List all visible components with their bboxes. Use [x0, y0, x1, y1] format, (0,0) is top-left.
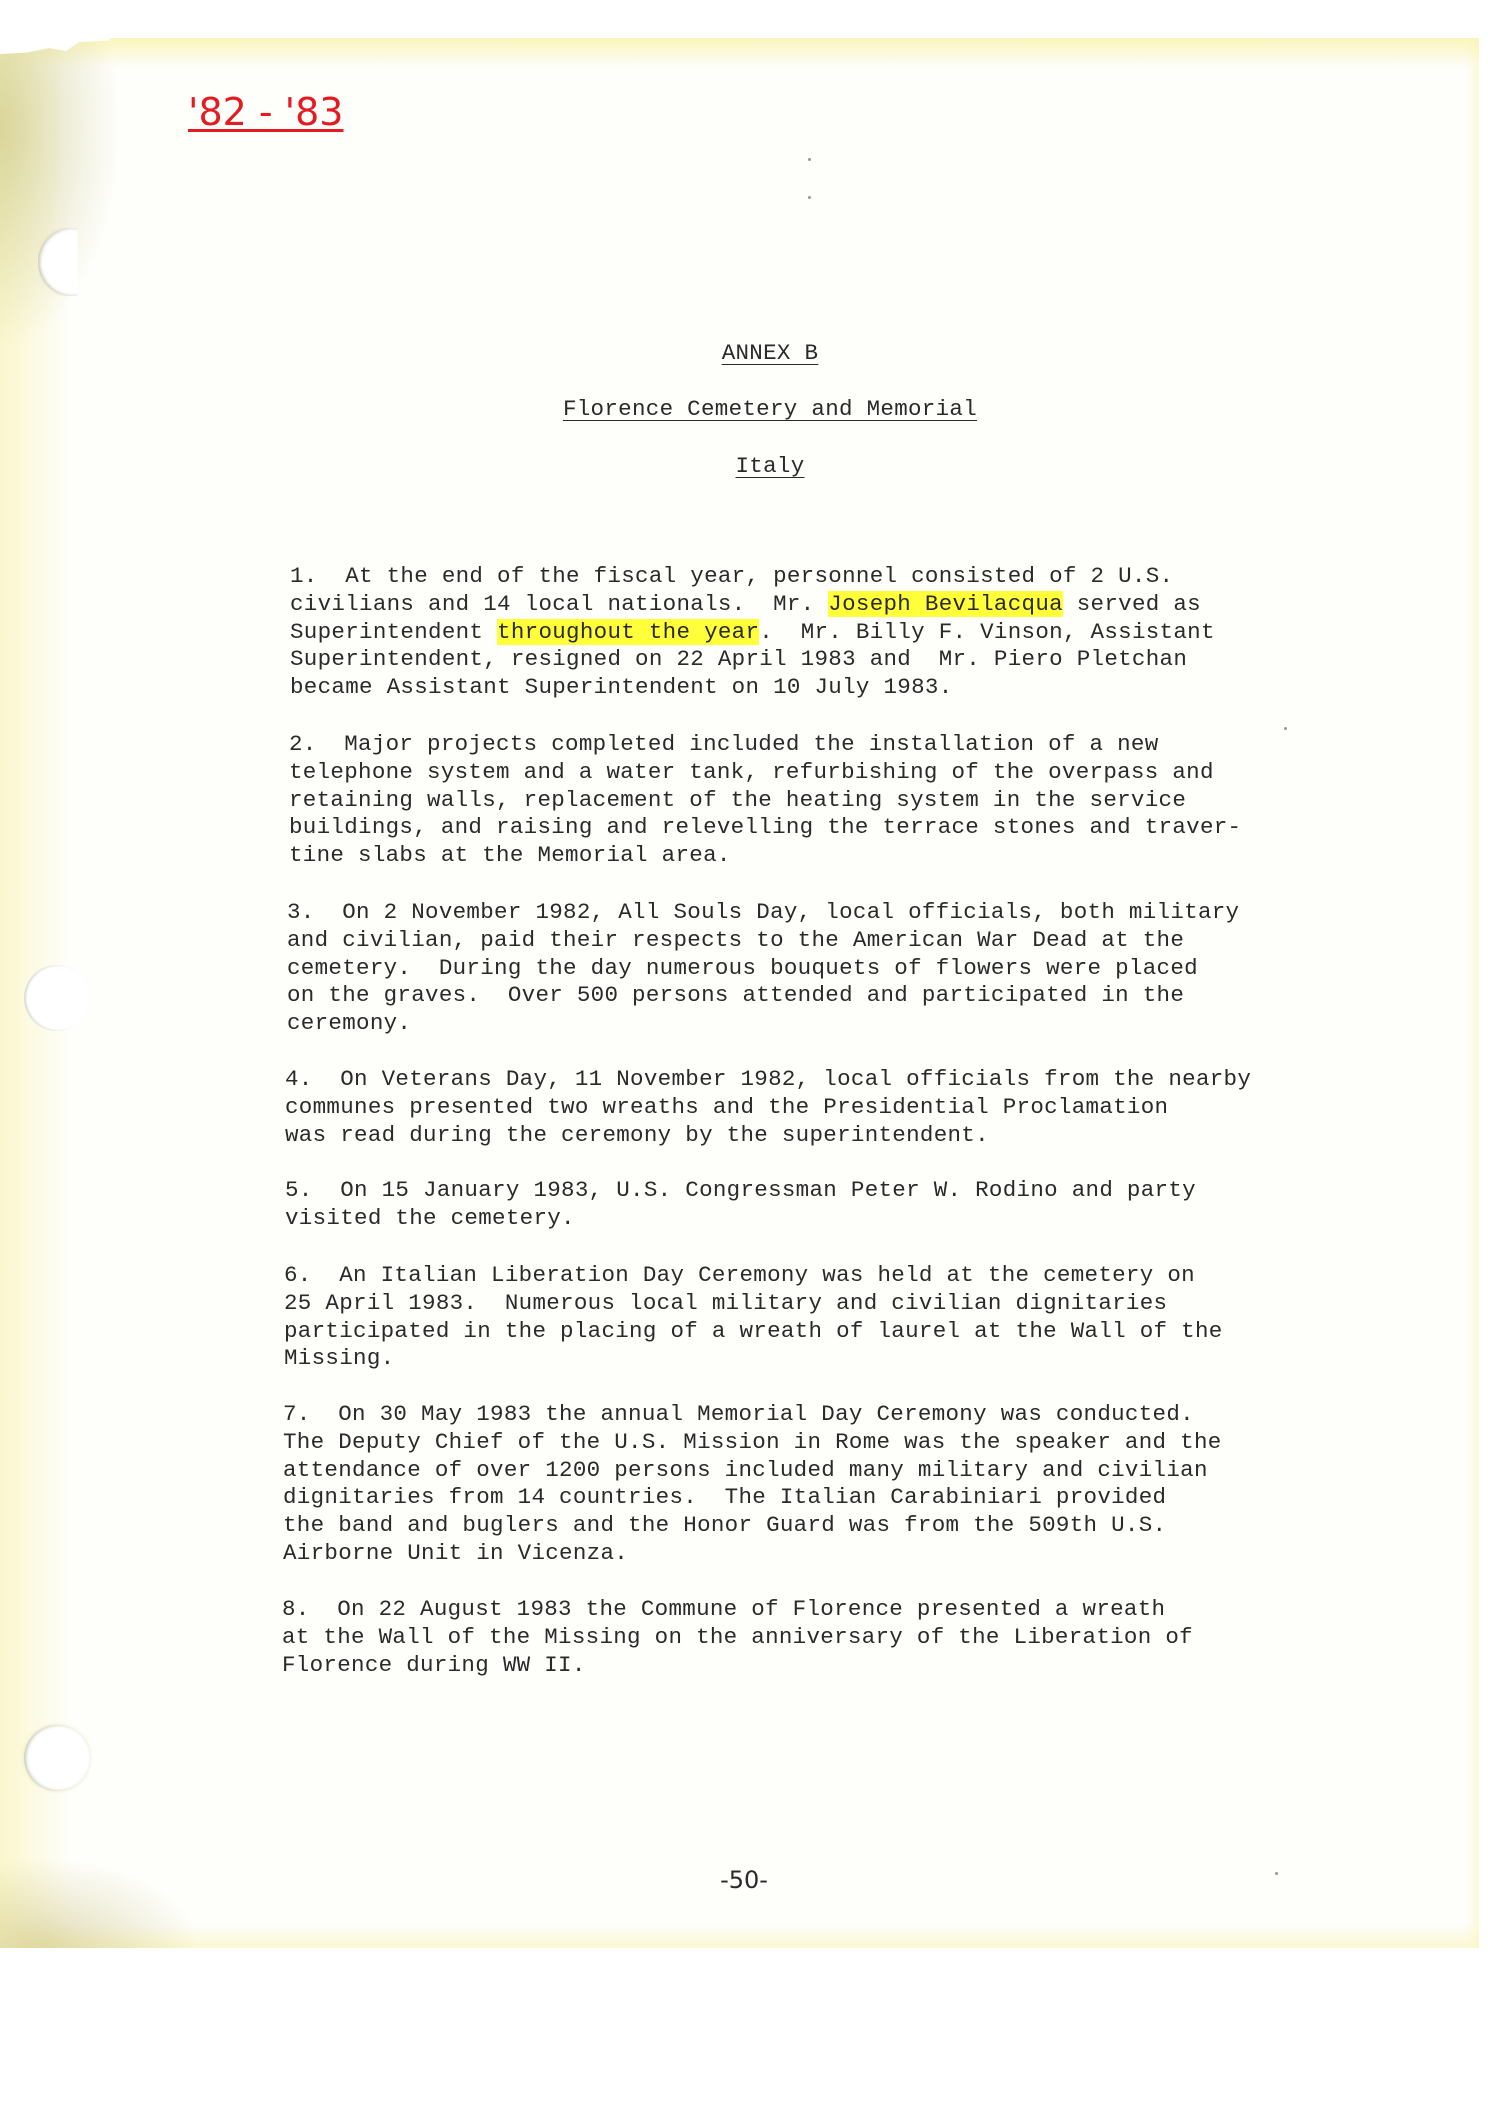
text-segment: ceremony.: [287, 1010, 411, 1036]
text-line: 4. On Veterans Day, 11 November 1982, lo…: [285, 1066, 1251, 1094]
scan-speck: [808, 196, 811, 199]
text-line: was read during the ceremony by the supe…: [285, 1122, 1251, 1150]
text-line: 6. An Italian Liberation Day Ceremony wa…: [284, 1262, 1223, 1290]
text-segment: became Assistant Superintendent on 10 Ju…: [290, 674, 953, 700]
text-segment: Airborne Unit in Vicenza.: [283, 1540, 628, 1566]
year-range-annotation: '82 - '83: [188, 92, 343, 132]
text-line: telephone system and a water tank, refur…: [289, 759, 1241, 787]
text-line: buildings, and raising and relevelling t…: [289, 814, 1241, 842]
text-segment: dignitaries from 14 countries. The Itali…: [283, 1484, 1166, 1510]
text-line: at the Wall of the Missing on the annive…: [282, 1624, 1193, 1652]
text-line: on the graves. Over 500 persons attended…: [287, 982, 1239, 1010]
text-segment: retaining walls, replacement of the heat…: [289, 787, 1186, 813]
text-segment: 2. Major projects completed included the…: [289, 731, 1159, 757]
text-segment: cemetery. During the day numerous bouque…: [287, 955, 1198, 981]
binder-hole-icon: [24, 965, 90, 1031]
text-line: became Assistant Superintendent on 10 Ju…: [290, 674, 1215, 702]
text-line: Superintendent, resigned on 22 April 198…: [290, 646, 1215, 674]
text-segment: participated in the placing of a wreath …: [284, 1318, 1223, 1344]
text-segment: 6. An Italian Liberation Day Ceremony wa…: [284, 1262, 1195, 1288]
paragraph-7: 7. On 30 May 1983 the annual Memorial Da…: [283, 1401, 1222, 1568]
text-line: attendance of over 1200 persons included…: [283, 1457, 1222, 1485]
text-segment: tine slabs at the Memorial area.: [289, 842, 731, 868]
text-segment: Missing.: [284, 1345, 394, 1371]
highlighted-text: throughout the year: [497, 619, 759, 645]
text-segment: and civilian, paid their respects to the…: [287, 927, 1184, 953]
text-line: dignitaries from 14 countries. The Itali…: [283, 1484, 1222, 1512]
text-line: participated in the placing of a wreath …: [284, 1318, 1223, 1346]
paragraph-5: 5. On 15 January 1983, U.S. Congressman …: [285, 1177, 1196, 1233]
text-segment: served as: [1063, 591, 1201, 617]
text-line: visited the cemetery.: [285, 1205, 1196, 1233]
country-heading: Italy: [0, 453, 1488, 479]
paragraph-3: 3. On 2 November 1982, All Souls Day, lo…: [287, 899, 1239, 1038]
text-line: 1. At the end of the fiscal year, person…: [290, 563, 1215, 591]
text-segment: . Mr. Billy F. Vinson, Assistant: [759, 619, 1214, 645]
text-segment: was read during the ceremony by the supe…: [285, 1122, 989, 1148]
text-segment: 8. On 22 August 1983 the Commune of Flor…: [282, 1596, 1165, 1622]
scan-speck: [808, 158, 811, 161]
text-segment: communes presented two wreaths and the P…: [285, 1094, 1168, 1120]
text-segment: 25 April 1983. Numerous local military a…: [284, 1290, 1167, 1316]
text-segment: 5. On 15 January 1983, U.S. Congressman …: [285, 1177, 1196, 1203]
text-segment: 3. On 2 November 1982, All Souls Day, lo…: [287, 899, 1239, 925]
text-segment: attendance of over 1200 persons included…: [283, 1457, 1208, 1483]
text-segment: the band and buglers and the Honor Guard…: [283, 1512, 1166, 1538]
binder-hole-icon: [24, 1725, 90, 1791]
text-segment: 7. On 30 May 1983 the annual Memorial Da…: [283, 1401, 1194, 1427]
text-segment: 1. At the end of the fiscal year, person…: [290, 563, 1173, 589]
text-line: 5. On 15 January 1983, U.S. Congressman …: [285, 1177, 1196, 1205]
text-line: 2. Major projects completed included the…: [289, 731, 1241, 759]
text-line: and civilian, paid their respects to the…: [287, 927, 1239, 955]
text-segment: Superintendent, resigned on 22 April 198…: [290, 646, 1187, 672]
paragraph-1: 1. At the end of the fiscal year, person…: [290, 563, 1215, 702]
text-line: The Deputy Chief of the U.S. Mission in …: [283, 1429, 1222, 1457]
document-title: Florence Cemetery and Memorial: [0, 396, 1488, 422]
text-line: Superintendent throughout the year. Mr. …: [290, 619, 1215, 647]
text-segment: on the graves. Over 500 persons attended…: [287, 982, 1184, 1008]
highlighted-text: Joseph Bevilacqua: [828, 591, 1063, 617]
text-segment: visited the cemetery.: [285, 1205, 575, 1231]
text-line: 8. On 22 August 1983 the Commune of Flor…: [282, 1596, 1193, 1624]
text-line: Florence during WW II.: [282, 1652, 1193, 1680]
text-segment: The Deputy Chief of the U.S. Mission in …: [283, 1429, 1222, 1455]
text-line: communes presented two wreaths and the P…: [285, 1094, 1251, 1122]
page-number: -50-: [0, 1866, 1488, 1894]
text-segment: telephone system and a water tank, refur…: [289, 759, 1214, 785]
paragraph-4: 4. On Veterans Day, 11 November 1982, lo…: [285, 1066, 1251, 1149]
text-line: Missing.: [284, 1345, 1223, 1373]
paragraph-2: 2. Major projects completed included the…: [289, 731, 1241, 870]
text-line: cemetery. During the day numerous bouque…: [287, 955, 1239, 983]
text-line: 25 April 1983. Numerous local military a…: [284, 1290, 1223, 1318]
text-line: Airborne Unit in Vicenza.: [283, 1540, 1222, 1568]
text-segment: buildings, and raising and relevelling t…: [289, 814, 1241, 840]
text-segment: civilians and 14 local nationals. Mr.: [290, 591, 828, 617]
text-line: 3. On 2 November 1982, All Souls Day, lo…: [287, 899, 1239, 927]
text-line: the band and buglers and the Honor Guard…: [283, 1512, 1222, 1540]
text-line: tine slabs at the Memorial area.: [289, 842, 1241, 870]
text-segment: 4. On Veterans Day, 11 November 1982, lo…: [285, 1066, 1251, 1092]
text-segment: Florence during WW II.: [282, 1652, 586, 1678]
text-segment: at the Wall of the Missing on the annive…: [282, 1624, 1193, 1650]
text-line: ceremony.: [287, 1010, 1239, 1038]
scan-speck: [1284, 727, 1287, 730]
text-segment: Superintendent: [290, 619, 497, 645]
text-line: retaining walls, replacement of the heat…: [289, 787, 1241, 815]
text-line: 7. On 30 May 1983 the annual Memorial Da…: [283, 1401, 1222, 1429]
text-line: civilians and 14 local nationals. Mr. Jo…: [290, 591, 1215, 619]
paragraph-6: 6. An Italian Liberation Day Ceremony wa…: [284, 1262, 1223, 1373]
paragraph-8: 8. On 22 August 1983 the Commune of Flor…: [282, 1596, 1193, 1679]
annex-heading: ANNEX B: [0, 340, 1488, 366]
